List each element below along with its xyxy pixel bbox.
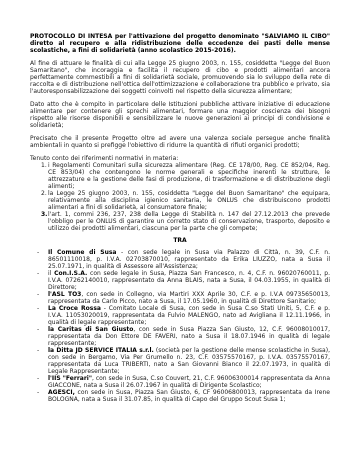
party-item-asl-to3: - l'ASL TO3, con sede in Collegno, via M…	[30, 291, 330, 305]
normative-item: 1. i Regolamenti Comunitari sulla sicure…	[30, 162, 330, 190]
paragraph-premise-2: Dato atto che è compito in particolare d…	[30, 101, 330, 129]
party-text: con sede in Susa, Piazza San Giusto, 6, …	[48, 389, 330, 403]
document-body: PROTOCOLLO DI INTESA per l'attivazione d…	[30, 33, 330, 403]
party-item-jd-service: - la Ditta JD SERVICE ITALIA s.r.l. (soc…	[30, 347, 330, 375]
dash-marker: -	[37, 270, 39, 277]
party-lead: Con.I.S.A.	[54, 270, 87, 277]
dash-marker: -	[37, 326, 39, 333]
item-number: 3.	[41, 211, 47, 218]
dash-marker: -	[37, 375, 39, 382]
dash-marker: -	[37, 249, 39, 256]
normative-intro: Tenuto conto dei riferimenti normativi i…	[30, 155, 330, 162]
party-lead: AGESCI,	[48, 389, 75, 396]
paragraph-premise-1: Al fine di attuare le finalità di cui al…	[30, 60, 330, 95]
parties-list: - Il Comune di Susa - con sede legale in…	[30, 249, 330, 403]
normative-item-text: la Legge 25 giugno 2003, n. 155, cosidde…	[48, 190, 330, 211]
normative-item-text: i Regolamenti Comunitari sulla sicurezza…	[48, 162, 330, 190]
normative-list: 1. i Regolamenti Comunitari sulla sicure…	[30, 162, 330, 232]
normative-item: 2. la Legge 25 giugno 2003, n. 155, cosi…	[30, 190, 330, 211]
party-item-conisa: - il Con.I.S.A. con sede legale in Susa,…	[30, 270, 330, 291]
item-number: 2.	[41, 190, 47, 197]
party-lead: l'IIS "Ferrari"	[48, 375, 92, 382]
party-lead: la Caritas di San Giusto	[48, 326, 133, 333]
party-item-comune-di-susa: - Il Comune di Susa - con sede legale in…	[30, 249, 330, 270]
dash-marker: -	[37, 291, 39, 298]
document-title: PROTOCOLLO DI INTESA per l'attivazione d…	[30, 33, 330, 54]
party-lead: l'ASL TO3	[48, 291, 81, 298]
normative-item-text: l'art. 1, commi 236, 237, 238 della Legg…	[48, 211, 330, 232]
party-lead: Il Comune di Susa	[48, 249, 116, 256]
tra-heading: TRA	[30, 237, 330, 244]
dash-marker: -	[37, 347, 39, 354]
party-item-agesci: - AGESCI, con sede in Susa, Piazza San G…	[30, 389, 330, 403]
party-item-iis-ferrari: - l'IIS "Ferrari", con sede in Susa, C.s…	[30, 375, 330, 389]
document-page: PROTOCOLLO DI INTESA per l'attivazione d…	[0, 0, 360, 466]
dash-marker: -	[37, 305, 39, 312]
normative-item: 3. l'art. 1, commi 236, 237, 238 della L…	[30, 211, 330, 232]
party-text: con sede legale in Susa, Piazza San Fran…	[48, 270, 330, 291]
party-lead: la Ditta JD SERVICE ITALIA s.r.l.	[48, 347, 154, 354]
party-lead: La Croce Rossa	[48, 305, 101, 312]
party-item-croce-rossa: - La Croce Rossa - Comitato Locale di Su…	[30, 305, 330, 326]
paragraph-premise-3: Precisato che il presente Progetto oltre…	[30, 135, 330, 149]
item-number: 1.	[41, 162, 47, 169]
party-item-caritas: - la Caritas di San Giusto, con sede in …	[30, 326, 330, 347]
dash-marker: -	[37, 389, 39, 396]
party-text: , con sede in Collegno, via Martiri XXX …	[48, 291, 330, 305]
